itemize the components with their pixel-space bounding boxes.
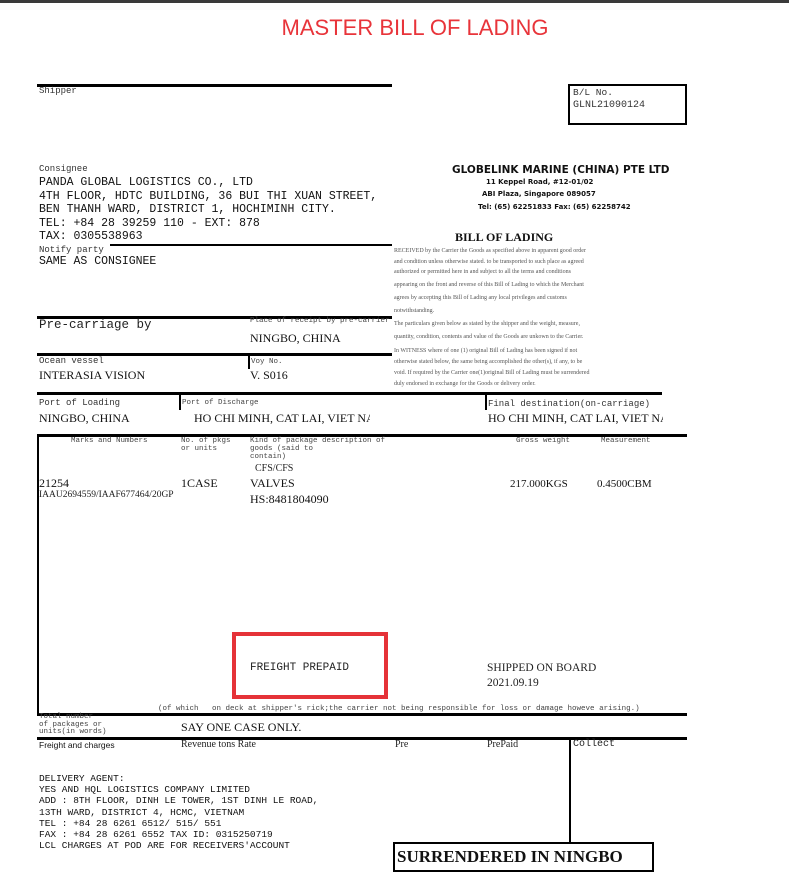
gross-weight-header: Gross weight — [516, 437, 570, 445]
pol-value: NINGBO, CHINA — [39, 411, 130, 426]
marks-value: 21254 — [39, 476, 69, 491]
carrier-address-2: ABI Plaza, Singapore 089057 — [482, 190, 596, 198]
shipper-label: Shipper — [39, 86, 77, 96]
deck-clause: on deck at shipper's rick;the carrier no… — [212, 705, 640, 713]
hs-code: HS:8481804090 — [250, 492, 329, 507]
freight-charges-label: Freight and charges — [39, 740, 115, 750]
pre-label: Pre — [395, 739, 408, 750]
delivery-agent-line: TEL : +84 28 6261 6512/ 515/ 551 — [39, 818, 318, 829]
total-packages-words: SAY ONE CASE ONLY. — [181, 720, 301, 735]
document-title: MASTER BILL OF LADING — [0, 15, 789, 41]
terms-line: notwithstanding. — [394, 305, 662, 318]
delivery-agent-line: YES AND HQL LOGISTICS COMPANY LIMITED — [39, 784, 318, 795]
terms-line: RECEIVED by the Carrier the Goods as spe… — [394, 246, 662, 257]
bl-number-value: GLNL21090124 — [573, 100, 645, 111]
final-dest-label: Final destination(on-carriage) — [488, 399, 650, 409]
voy-label: Voy No. — [251, 358, 283, 366]
consignee-line: 4TH FLOOR, HDTC BUILDING, 36 BUI THI XUA… — [39, 190, 377, 204]
container-numbers: IAAU2694559/IAAF677464/20GP — [39, 490, 174, 500]
totals-top-rule — [37, 713, 687, 716]
delivery-agent-line: DELIVERY AGENT: — [39, 773, 318, 784]
notify-label: Notify party — [39, 245, 104, 255]
shipper-top-rule — [37, 84, 392, 87]
service-type: CFS/CFS — [255, 463, 293, 474]
terms-line: agrees by accepting this Bill of Lading … — [394, 292, 662, 305]
consignee-block: PANDA GLOBAL LOGISTICS CO., LTD 4TH FLOO… — [39, 176, 377, 244]
goods-description: VALVES — [250, 476, 295, 491]
terms-line: void. If required by the Carrier one(1)o… — [394, 368, 662, 379]
pod-label: Port of Discharge — [182, 399, 259, 407]
marks-header: Marks and Numbers — [71, 437, 148, 445]
pod-value: HO CHI MINH, CAT LAI, VIET NAM — [194, 411, 370, 426]
terms-line: In WITNESS where of one (1) original Bil… — [394, 346, 662, 357]
total-packages-label-line: units(in words) — [39, 729, 107, 737]
pod-divider — [179, 394, 181, 410]
revenue-tons-rate-label: Revenue tons Rate — [181, 739, 256, 750]
collect-label: Collect — [573, 739, 615, 750]
notify-top-rule — [110, 244, 392, 246]
bl-number-label: B/L No. — [573, 87, 613, 98]
consignee-line: TAX: 0305538963 — [39, 230, 377, 244]
terms-received: RECEIVED by the Carrier the Goods as spe… — [394, 246, 662, 267]
delivery-agent-block: DELIVERY AGENT: YES AND HQL LOGISTICS CO… — [39, 773, 318, 851]
gross-weight-value: 217.000KGS — [510, 478, 568, 490]
precarriage-label: Pre-carriage by — [39, 318, 152, 332]
vessel-value: INTERASIA VISION — [39, 368, 145, 383]
bill-of-lading-heading: BILL OF LADING — [455, 230, 553, 245]
terms-line: The particulars given below as stated by… — [394, 318, 662, 331]
terms-received-cont: authorized or permitted here in and subj… — [394, 266, 662, 318]
consignee-line: TEL: +84 28 39259 110 - EXT: 878 — [39, 217, 377, 231]
consignee-line: PANDA GLOBAL LOGISTICS CO., LTD — [39, 176, 377, 190]
place-receipt-value: NINGBO, CHINA — [250, 331, 341, 346]
measurement-header: Measurement — [601, 437, 651, 445]
terms-particulars: The particulars given below as stated by… — [394, 318, 662, 344]
freight-prepaid-text: FREIGHT PREPAID — [250, 662, 349, 674]
total-packages-label: Total number of packages or units(in wor… — [39, 714, 107, 737]
terms-line: quantity, condition, contents and value … — [394, 331, 662, 344]
deck-clause-prefix: (of which — [158, 705, 199, 713]
delivery-agent-line: FAX : +84 28 6261 6552 TAX ID: 031525071… — [39, 829, 318, 840]
ports-top-rule — [37, 392, 662, 395]
collect-divider — [569, 738, 571, 843]
consignee-label: Consignee — [39, 164, 88, 174]
measurement-value: 0.4500CBM — [597, 478, 652, 490]
pkgs-header-line: No. of pkgs — [181, 437, 231, 445]
surrendered-stamp-text: SURRENDERED IN NINGBO — [397, 847, 623, 867]
surrendered-stamp: SURRENDERED IN NINGBO — [393, 842, 654, 872]
final-dest-value: HO CHI MINH, CAT LAI, VIET NAM — [488, 411, 663, 426]
description-header: Kind of package description of goods (sa… — [250, 437, 385, 461]
terms-line: authorized or permitted here in and subj… — [394, 266, 662, 279]
prepaid-label: PrePaid — [487, 739, 518, 750]
bl-number-box: B/L No. GLNL21090124 — [568, 84, 687, 125]
pkgs-header-line: or units — [181, 445, 231, 453]
description-header-line: Kind of package description of — [250, 437, 385, 445]
delivery-agent-line: LCL CHARGES AT POD ARE FOR RECEIVERS'ACC… — [39, 840, 318, 851]
vessel-label: Ocean vessel — [39, 356, 104, 366]
shipped-on-board-date: 2021.09.19 — [487, 677, 539, 689]
carrier-name: GLOBELINK MARINE (CHINA) PTE LTD — [452, 164, 669, 176]
terms-line: duly endorsed in exchange for the Goods … — [394, 379, 662, 390]
delivery-agent-line: 13TH WARD, DISTRICT 4, HCMC, VIETNAM — [39, 807, 318, 818]
terms-witness: In WITNESS where of one (1) original Bil… — [394, 346, 662, 390]
carrier-contact: Tel: (65) 62251833 Fax: (65) 62258742 — [478, 203, 631, 211]
pkgs-header: No. of pkgs or units — [181, 437, 231, 453]
consignee-line: BEN THANH WARD, DISTRICT 1, HOCHIMINH CI… — [39, 203, 377, 217]
pol-label: Port of Loading — [39, 398, 120, 408]
voy-value: V. S016 — [250, 368, 288, 383]
pkgs-value: 1CASE — [181, 476, 218, 491]
description-header-line: goods (said to — [250, 445, 385, 453]
window-top-bar — [0, 0, 789, 3]
shipped-on-board-label: SHIPPED ON BOARD — [487, 662, 596, 674]
terms-line: otherwise stated below, the same being a… — [394, 357, 662, 368]
delivery-agent-line: ADD : 8TH FLOOR, DINH LE TOWER, 1ST DINH… — [39, 795, 318, 806]
place-receipt-label: Place of receipt by pre-carrier — [250, 317, 390, 325]
description-header-line: contain) — [250, 453, 385, 461]
terms-line: appearing on the front and reverse of th… — [394, 279, 662, 292]
voy-divider — [248, 355, 250, 369]
final-divider — [485, 394, 487, 410]
notify-value: SAME AS CONSIGNEE — [39, 255, 156, 269]
carrier-address-1: 11 Keppel Road, #12-01/02 — [486, 178, 593, 186]
